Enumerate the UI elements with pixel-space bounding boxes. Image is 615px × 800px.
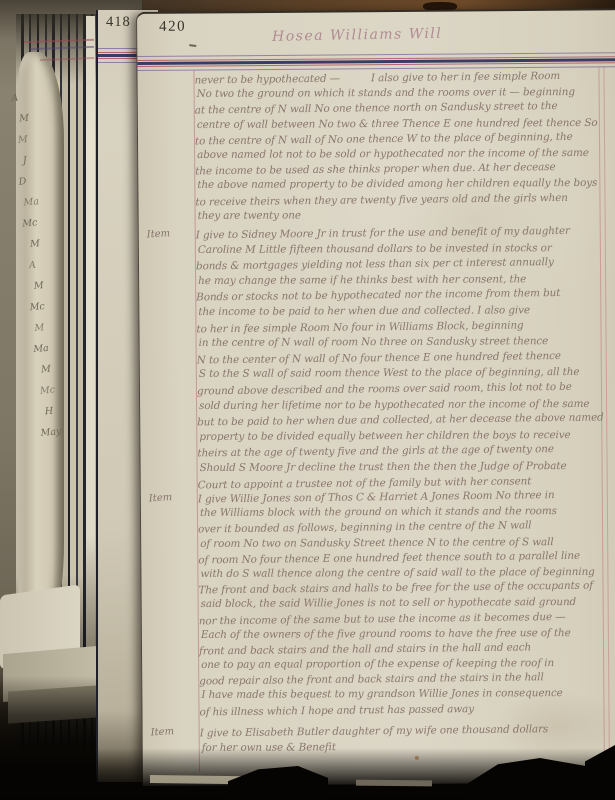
edge-letter: M xyxy=(33,273,63,296)
paragraph-continuation: never to be hypothecated — I also give t… xyxy=(194,69,607,224)
paragraph-lines: never to be hypothecated — I also give t… xyxy=(194,69,607,224)
paragraph-item-willie-jones: Item I give Willie Jones son of Thos C &… xyxy=(198,488,612,719)
edge-letter: M xyxy=(29,232,59,255)
pen-mark xyxy=(189,44,196,47)
edge-letter: H xyxy=(44,399,74,422)
page-edge-streak xyxy=(356,780,432,787)
curled-page-edge: AMMJDMaMcMAMMcMMaMMcHMay xyxy=(18,52,64,652)
page-number-418: 418 xyxy=(106,14,131,31)
edge-letter: Mc xyxy=(29,294,65,318)
handwritten-line: of his illness which I hope and trust ha… xyxy=(199,700,611,720)
edge-letter: Ma xyxy=(32,336,68,360)
edge-letter: May xyxy=(40,420,76,444)
edge-letter: M xyxy=(18,106,48,129)
header-rule-420 xyxy=(137,52,615,71)
page-edge-highlight xyxy=(86,16,95,716)
edge-letter: A xyxy=(28,253,61,277)
page-number-420: 420 xyxy=(159,19,186,36)
edge-letter: D xyxy=(18,169,54,193)
edge-letter: M xyxy=(34,315,67,339)
edge-letter: Mc xyxy=(21,211,57,235)
edge-letter: M xyxy=(17,127,50,151)
edge-letter: Mc xyxy=(39,378,72,402)
handwritten-line: they are twenty one xyxy=(198,207,608,224)
record-book-photo: AMMJDMaMcMAMMcMMaMMcHMay 418 420 Hosea W… xyxy=(0,0,615,800)
paragraph-lines: I give Willie Jones son of Thos C & Harr… xyxy=(198,488,612,719)
margin-item-label: Item xyxy=(150,726,174,738)
margin-item-label: Item xyxy=(146,228,170,240)
margin-item-label: Item xyxy=(149,492,173,504)
paragraph-item-sidney-moore: Item I give to Sidney Moore Jr in trust … xyxy=(196,224,610,492)
page-420: 420 Hosea Williams Will never to be hypo… xyxy=(136,8,615,786)
page-title: Hosea Williams Will xyxy=(207,25,507,46)
edge-letter: A xyxy=(11,85,47,109)
edge-letter: Ma xyxy=(23,190,56,214)
paragraph-lines: I give to Sidney Moore Jr in trust for t… xyxy=(196,224,610,492)
edge-letter: M xyxy=(40,357,70,380)
edge-letter: J xyxy=(22,148,52,171)
